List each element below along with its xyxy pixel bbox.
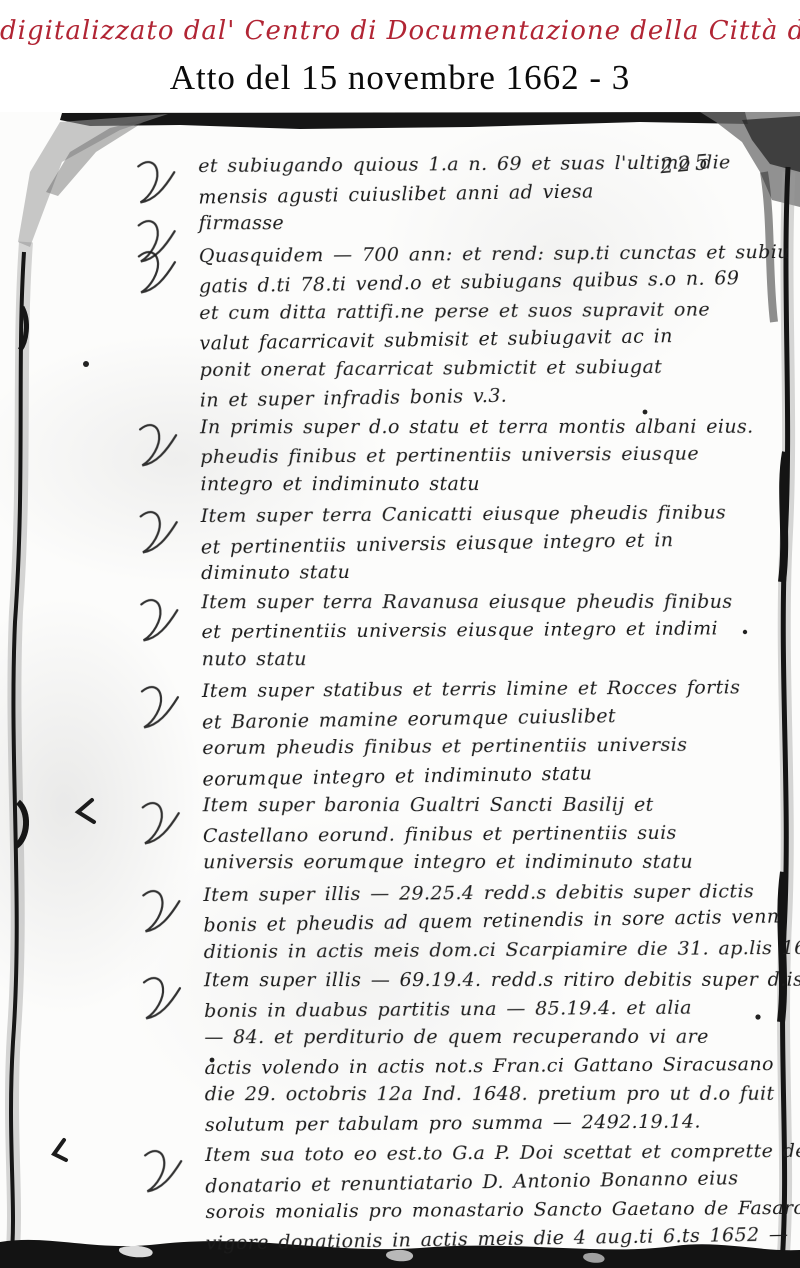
manuscript-paragraph: firmasse: [185, 207, 785, 240]
manuscript-paragraph: Item super baronia Gualtri Sancti Basili…: [189, 789, 790, 879]
manuscript-paragraph: Item super illis — 29.25.4 redd.s debiti…: [189, 876, 790, 966]
manuscript-photo: 225 et subiugando quious 1.a n. 69 et su…: [0, 112, 800, 1268]
paragraph-flourish: [137, 885, 189, 935]
manuscript-line: In primis super d.o statu et terra monti…: [200, 412, 786, 441]
paragraph-flourish: [136, 681, 188, 731]
manuscript-line: nuto statu: [202, 644, 788, 673]
manuscript-line: firmasse: [199, 209, 785, 238]
manuscript-line: die 29. octobris 12a Ind. 1648. pretium …: [205, 1080, 791, 1109]
manuscript-line: Castellano eorund. finibus et pertinenti…: [203, 817, 789, 850]
manuscript-line: pheudis finibus et pertinentiis universi…: [200, 439, 786, 472]
manuscript-line: actis volendo in actis not.s Fran.ci Gat…: [204, 1049, 790, 1082]
manuscript-line: Item super terra Ravanusa eiusque pheudi…: [201, 587, 787, 616]
manuscript-line: et pertinentiis universis eiusque integr…: [201, 614, 787, 647]
manuscript-text: et subiugando quious 1.a n. 69 et suas l…: [184, 148, 792, 1257]
paragraph-flourish: [139, 1145, 191, 1195]
manuscript-paragraph: Item super terra Ravanusa eiusque pheudi…: [187, 585, 788, 675]
manuscript-paragraph: Item super statibus et terris limine et …: [188, 673, 789, 791]
manuscript-line: Item super baronia Gualtri Sancti Basili…: [203, 791, 789, 820]
paragraph-flourish: [137, 797, 189, 847]
paragraph-flourish: [138, 972, 190, 1022]
manuscript-paragraph: Item sua toto eo est.to G.a P. Doi scett…: [191, 1137, 792, 1255]
manuscript-paragraph: et subiugando quious 1.a n. 69 et suas l…: [184, 148, 784, 209]
manuscript-line: Item super illis — 69.19.4. redd.s ritir…: [204, 966, 790, 995]
credit-line: digitalizzato dal' Centro di Documentazi…: [0, 16, 800, 46]
manuscript-line: — 84. et perditurio de quem recuperando …: [204, 1023, 790, 1052]
page-title: Atto del 15 novembre 1662 - 3: [0, 58, 800, 98]
paragraph-flourish: [134, 419, 186, 469]
paragraph-flourish: [133, 246, 185, 296]
manuscript-line: integro et indiminuto statu: [200, 469, 786, 498]
paragraph-flourish: [132, 156, 184, 206]
manuscript-paragraph: In primis super d.o statu et terra monti…: [186, 410, 787, 500]
manuscript-paragraph: Item super illis — 69.19.4. redd.s ritir…: [190, 964, 791, 1139]
manuscript-paragraph: Quasquidem — 700 ann: et rend: sup.ti cu…: [185, 237, 786, 412]
paragraph-flourish: [135, 506, 187, 556]
manuscript-paragraph: Item super terra Canicatti eiusque pheud…: [187, 498, 788, 588]
manuscript-line: universis eorumque integro et indiminuto…: [203, 848, 789, 877]
manuscript-line: bonis in duabus partitis una — 85.19.4. …: [204, 992, 790, 1025]
manuscript-line: solutum per tabulam pro summa — 2492.19.…: [205, 1106, 791, 1139]
paragraph-flourish: [135, 594, 187, 644]
